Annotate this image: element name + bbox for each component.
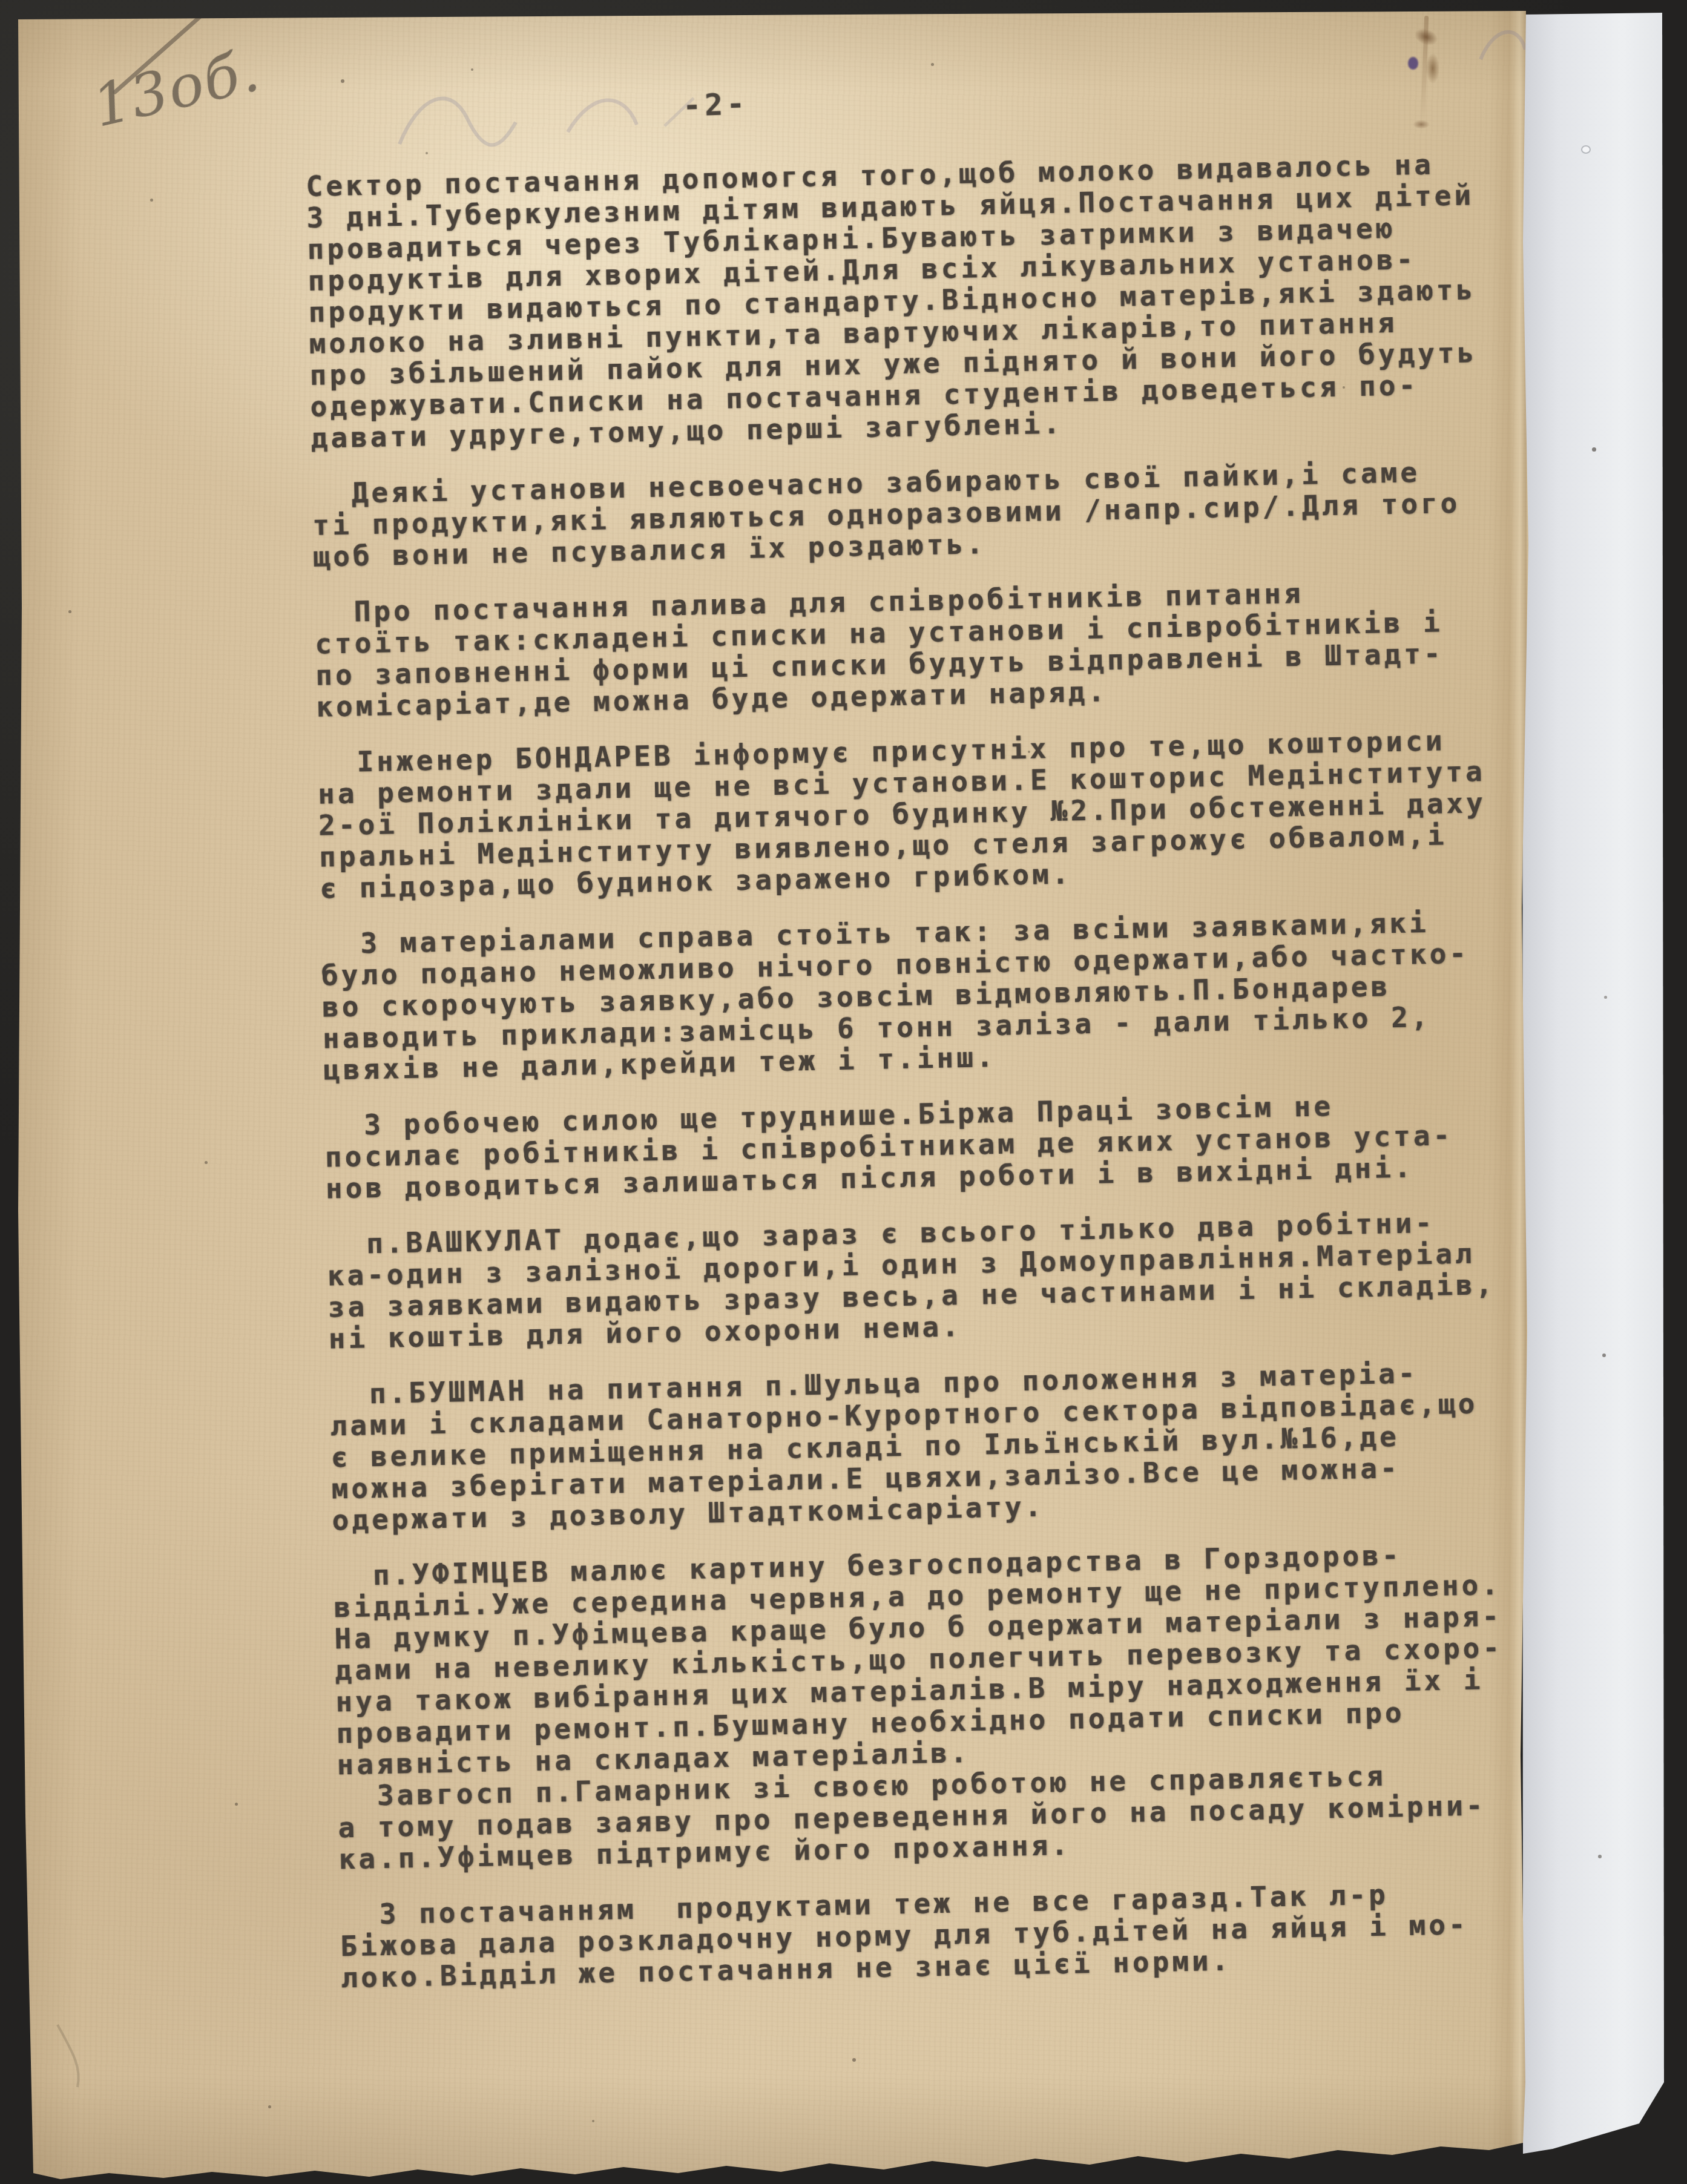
paragraph: Деякі установи несвоечасно забирають сво… xyxy=(312,455,1530,573)
paper-speck xyxy=(471,68,473,71)
paper-speck xyxy=(205,1161,208,1164)
page-number: -2- xyxy=(682,87,749,122)
paragraph: п.ВАШКУЛАТ додає,що зараз є всього тільк… xyxy=(326,1205,1545,1354)
document-page: 13об. -2- Секто xyxy=(0,0,1687,2184)
ink-splotch xyxy=(1408,57,1418,70)
paper-speck xyxy=(68,610,71,613)
stain xyxy=(1412,25,1440,48)
paper-speck xyxy=(150,199,153,202)
paper-speck xyxy=(1592,447,1596,452)
paper-speck xyxy=(592,2120,594,2122)
paragraph: З матеріалами справа стоїть так: за всім… xyxy=(320,904,1540,1085)
paper-speck xyxy=(235,1803,238,1806)
paper-speck xyxy=(426,152,428,154)
scanner-background: 13об. -2- Секто xyxy=(0,0,1687,2184)
paragraph: Інженер БОНДАРЕВ інформує присутніх про … xyxy=(317,723,1537,904)
paper-speck xyxy=(1602,1353,1606,1357)
paragraph: Про постачання палива для співробітників… xyxy=(314,573,1533,723)
paper-speck xyxy=(268,2105,271,2108)
paper-speck xyxy=(852,2058,856,2062)
paper-speck xyxy=(1598,1855,1602,1858)
pinhole xyxy=(1581,145,1591,154)
handwritten-folio-number: 13об. xyxy=(87,40,265,137)
paragraph: Сектор постачання допомогся того,щоб мол… xyxy=(306,147,1528,454)
paper-speck xyxy=(1604,996,1607,999)
stain-streak xyxy=(1421,16,1429,125)
paper-speck xyxy=(931,63,934,66)
text-block: Сектор постачання допомогся того,щоб мол… xyxy=(306,147,1558,2018)
stain xyxy=(1426,53,1439,84)
paragraph: З постачанням продуктами теж не все гара… xyxy=(340,1875,1558,1993)
paragraph: п.БУШМАН на питання п.Шульца про положен… xyxy=(329,1355,1549,1536)
stain xyxy=(1413,120,1430,129)
paragraph: п.УФІМЦЕВ малює картину безгосподарства … xyxy=(333,1536,1554,1780)
paragraph: З робочею силою ще труднише.Біржа Праці … xyxy=(324,1086,1542,1204)
paper-speck xyxy=(341,79,344,83)
